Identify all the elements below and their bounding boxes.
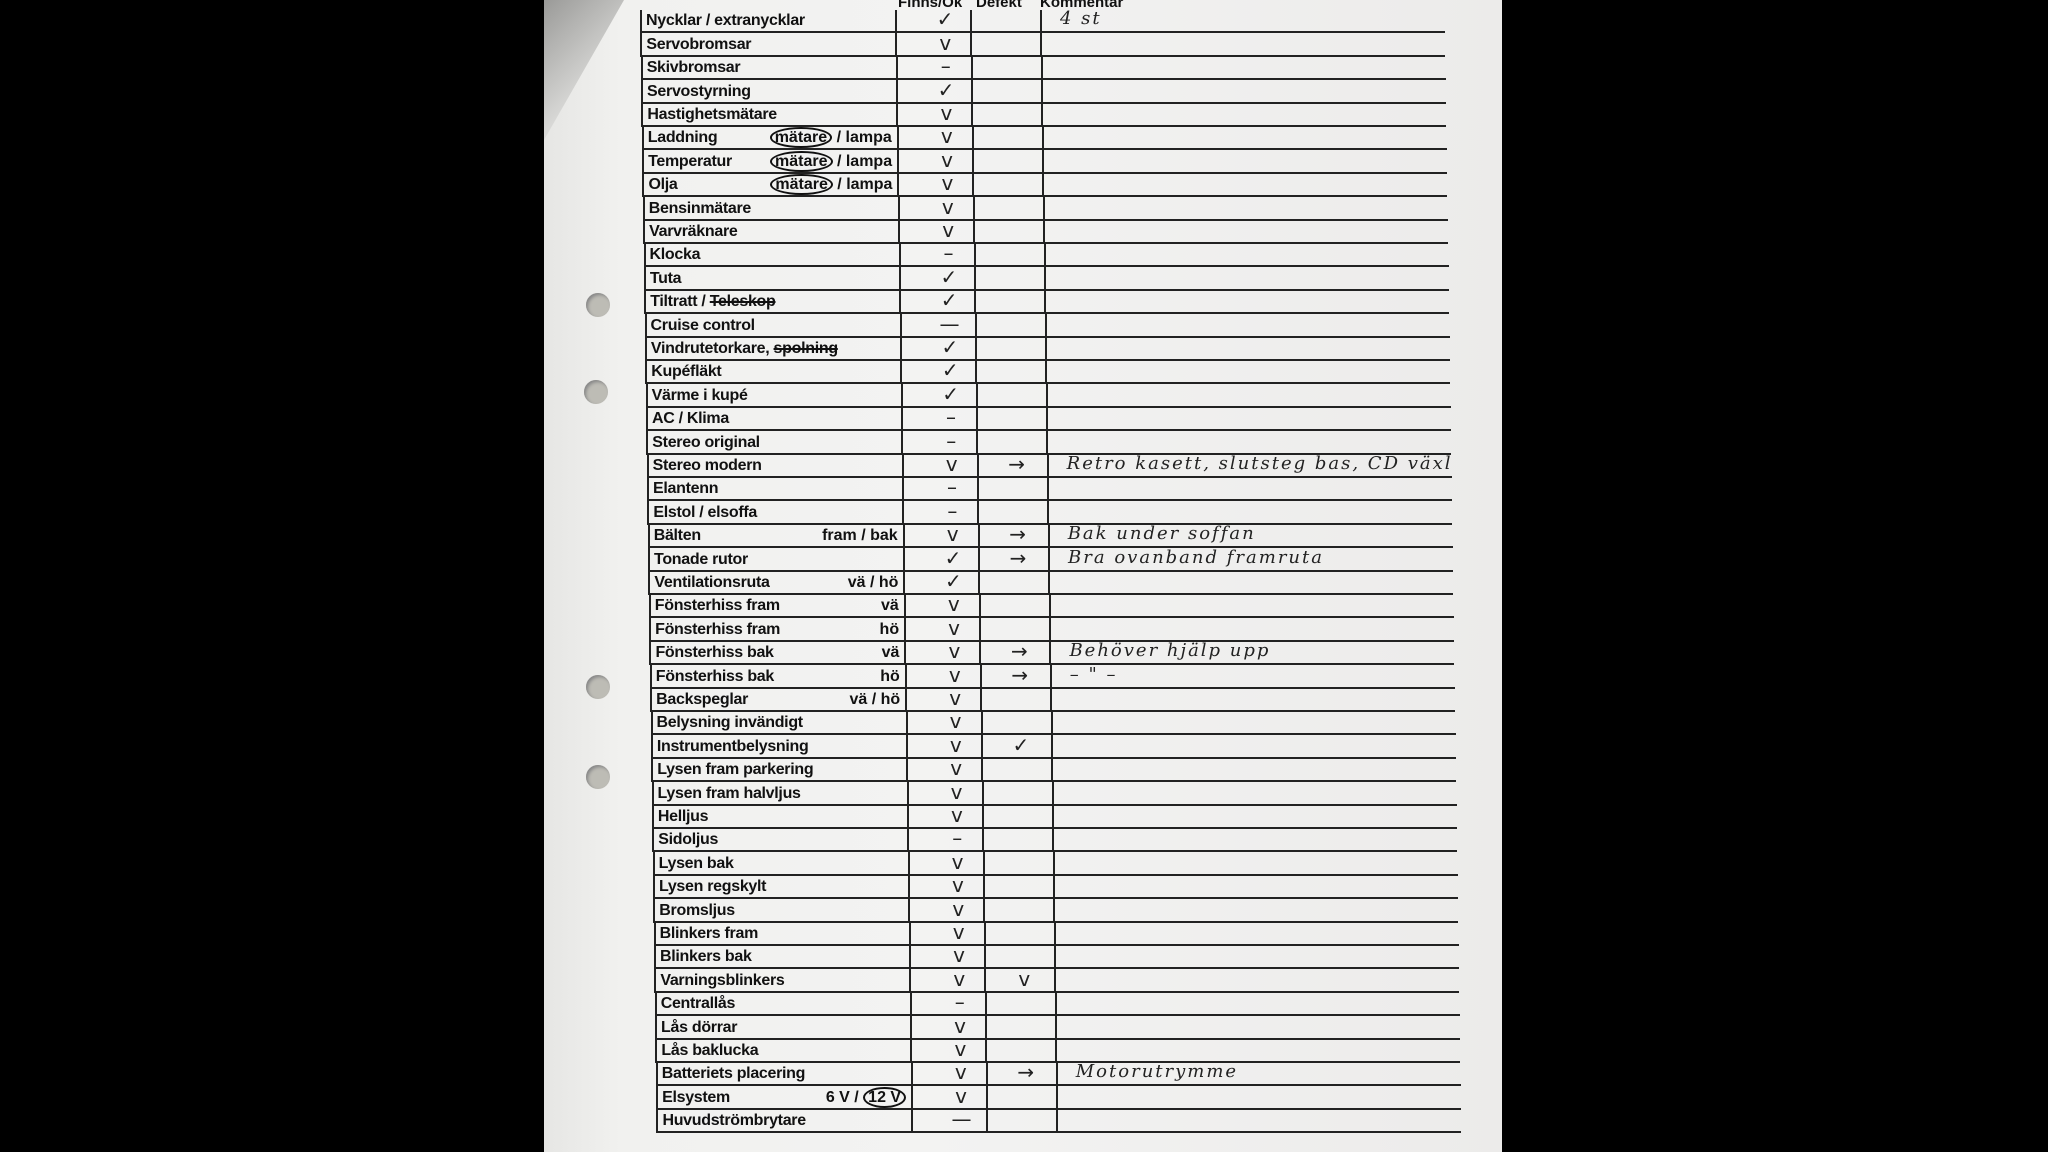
cell-border xyxy=(641,104,643,125)
cell-border xyxy=(1041,80,1043,101)
cell-border xyxy=(1050,689,1052,710)
item-option: vä / hö xyxy=(849,691,900,709)
cell-border xyxy=(642,174,644,195)
table-row: Stereo original– xyxy=(646,431,1451,454)
cell-border xyxy=(982,806,984,827)
item-label: Backspeglar xyxy=(656,691,748,709)
item-label: Lysen bak xyxy=(659,855,734,873)
ok-mark: ✓ xyxy=(921,78,971,102)
table-row: Helljusv xyxy=(652,806,1457,829)
cell-border xyxy=(897,150,899,171)
cell-border xyxy=(1047,501,1049,522)
item-label: Fönsterhiss fram xyxy=(655,597,780,615)
ok-mark: ✓ xyxy=(925,358,975,382)
defekt-mark: → xyxy=(988,546,1048,570)
cell-border xyxy=(906,735,908,756)
ok-mark: v xyxy=(933,897,983,921)
item-label: Ventilationsruta xyxy=(654,574,769,592)
cell-border xyxy=(1053,899,1055,920)
cell-border xyxy=(901,408,903,429)
cell-border xyxy=(896,104,898,125)
cell-border xyxy=(899,267,901,288)
table-row: Backspeglarvä / höv xyxy=(650,689,1455,712)
ok-mark: v xyxy=(922,148,972,172)
cell-border xyxy=(1044,267,1046,288)
table-row: Instrumentbelysningv✓ xyxy=(651,735,1456,758)
cell-border xyxy=(645,361,647,382)
cell-border xyxy=(642,127,644,148)
item-option: fram / bak xyxy=(822,527,898,545)
cell-border xyxy=(977,455,979,476)
cell-border xyxy=(1050,665,1052,686)
ok-mark: v xyxy=(933,850,983,874)
defekt-mark: → xyxy=(989,639,1049,663)
table-row: Elantenn– xyxy=(647,478,1452,501)
cell-border xyxy=(970,10,972,31)
cell-border xyxy=(907,806,909,827)
item-label: Elsystem xyxy=(662,1089,730,1107)
cell-border xyxy=(970,33,972,54)
punch-hole xyxy=(584,380,608,404)
cell-border xyxy=(984,969,986,990)
cell-border xyxy=(641,80,643,101)
cell-border xyxy=(901,431,903,452)
cell-border xyxy=(1045,361,1047,382)
cell-border xyxy=(643,197,645,218)
cell-border xyxy=(643,221,645,242)
item-option: mätare / lampa xyxy=(770,176,892,194)
table-row: Huvudströmbrytare— xyxy=(656,1110,1461,1133)
cell-border xyxy=(1053,852,1055,873)
cell-border xyxy=(978,572,980,593)
item-label: Lås baklucka xyxy=(661,1042,758,1060)
cell-border xyxy=(648,548,650,569)
cell-border xyxy=(652,782,654,803)
table-row: Laddningmätare / lampav xyxy=(642,127,1447,150)
cell-border xyxy=(906,712,908,733)
item-label: Elantenn xyxy=(653,480,718,498)
cell-border xyxy=(898,197,900,218)
cell-border xyxy=(1049,595,1051,616)
cell-border xyxy=(653,876,655,897)
ok-mark: v xyxy=(935,1014,985,1038)
cell-border xyxy=(984,946,986,967)
item-label: Servostyrning xyxy=(647,83,751,101)
item-label: Klocka xyxy=(650,246,701,264)
table-row: Servobromsarv xyxy=(640,33,1445,56)
cell-border xyxy=(1043,197,1045,218)
cell-border xyxy=(640,10,642,31)
cell-border xyxy=(1054,923,1056,944)
item-label: Värme i kupé xyxy=(652,387,748,405)
item-label: Fönsterhiss fram xyxy=(655,621,780,639)
ok-mark: v xyxy=(930,663,980,687)
cell-border xyxy=(904,618,906,639)
cell-border xyxy=(972,127,974,148)
cell-border xyxy=(1055,993,1057,1014)
item-option: vä xyxy=(882,644,900,662)
cell-border xyxy=(985,1040,987,1061)
cell-border xyxy=(653,899,655,920)
cell-border xyxy=(1055,1016,1057,1037)
cell-border xyxy=(650,665,652,686)
ok-mark: v xyxy=(927,452,977,476)
table-row: Tuta✓ xyxy=(644,267,1449,290)
ok-mark: – xyxy=(927,499,977,523)
item-label: Sidoljus xyxy=(658,831,718,849)
cell-border xyxy=(644,244,646,265)
comment-text: Bra ovanband framruta xyxy=(1068,547,1324,568)
cell-border xyxy=(656,1086,658,1107)
item-label: Batteriets placering xyxy=(662,1065,805,1083)
cell-border xyxy=(644,291,646,312)
table-row: Lås bakluckav xyxy=(655,1040,1460,1063)
cell-border xyxy=(900,314,902,335)
cell-border xyxy=(980,689,982,710)
ok-mark: v xyxy=(934,920,984,944)
item-label: Temperatur xyxy=(648,153,732,171)
table-row: Värme i kupé✓ xyxy=(646,384,1451,407)
item-label: Vindrutetorkare, spolning xyxy=(651,340,838,358)
cell-border xyxy=(911,1063,913,1084)
table-row: Klocka– xyxy=(644,244,1449,267)
item-label: Bälten xyxy=(654,527,701,545)
cell-border xyxy=(1049,618,1051,639)
item-label: Lysen regskylt xyxy=(659,878,766,896)
cell-border xyxy=(645,338,647,359)
table-row: Fönsterhiss bakhöv→– " – xyxy=(650,665,1455,688)
defekt-mark: → xyxy=(990,663,1050,687)
cell-border xyxy=(1051,759,1053,780)
cell-border xyxy=(655,1040,657,1061)
cell-border xyxy=(651,759,653,780)
header-defekt: Defekt xyxy=(976,0,1022,10)
ok-mark: – xyxy=(926,429,976,453)
cell-border xyxy=(896,57,898,78)
cell-border xyxy=(903,548,905,569)
cell-border xyxy=(974,244,976,265)
table-row: Bältenfram / bakv→Bak under soffan xyxy=(648,525,1453,548)
cell-border xyxy=(976,431,978,452)
cell-border xyxy=(899,291,901,312)
table-row: Lås dörrarv xyxy=(655,1016,1460,1039)
ok-mark: v xyxy=(929,639,979,663)
cell-border xyxy=(976,408,978,429)
cell-border xyxy=(909,946,911,967)
table-row: Centrallås– xyxy=(655,993,1460,1016)
cell-border xyxy=(646,384,648,405)
cell-border xyxy=(1047,478,1049,499)
table-row: Elstol / elsoffa– xyxy=(647,501,1452,524)
cell-border xyxy=(655,993,657,1014)
cell-border xyxy=(651,735,653,756)
cell-border xyxy=(656,1063,658,1084)
cell-border xyxy=(904,595,906,616)
item-option: hö xyxy=(880,668,900,686)
table-row: Bensinmätarev xyxy=(643,197,1448,220)
ok-mark: v xyxy=(931,709,981,733)
table-row: Oljamätare / lampav xyxy=(642,174,1447,197)
cell-border xyxy=(1046,384,1048,405)
cell-border xyxy=(982,782,984,803)
ok-mark: — xyxy=(936,1107,986,1131)
item-label: Varvräknare xyxy=(649,223,737,241)
cell-border xyxy=(640,33,642,54)
cell-border xyxy=(909,969,911,990)
cell-border xyxy=(648,525,650,546)
item-label: Tuta xyxy=(650,270,681,288)
item-label: Skivbromsar xyxy=(647,59,741,77)
item-label: Tiltratt / Teleskop xyxy=(650,293,775,311)
cell-border xyxy=(1051,712,1053,733)
cell-border xyxy=(1056,1110,1058,1131)
defekt-mark: → xyxy=(988,522,1048,546)
ok-mark: v xyxy=(928,522,978,546)
item-label: Servobromsar xyxy=(646,36,751,54)
item-label: Helljus xyxy=(658,808,708,826)
cell-border xyxy=(1042,150,1044,171)
cell-border xyxy=(1041,104,1043,125)
item-label: Nycklar / extranycklar xyxy=(646,12,805,30)
cell-border xyxy=(1046,431,1048,452)
item-option: 6 V / 12 V xyxy=(826,1089,906,1107)
cell-border xyxy=(908,852,910,873)
defekt-mark: ✓ xyxy=(991,733,1051,757)
cell-border xyxy=(977,478,979,499)
cell-border xyxy=(973,221,975,242)
ok-mark: v xyxy=(933,873,983,897)
table-row: Stereo modernv→Retro kasett, slutsteg ba… xyxy=(647,455,1452,478)
cell-border xyxy=(905,689,907,710)
cell-border xyxy=(985,993,987,1014)
cell-border xyxy=(897,127,899,148)
cell-border xyxy=(974,267,976,288)
cell-border xyxy=(902,501,904,522)
item-option: mätare / lampa xyxy=(770,129,892,147)
cell-border xyxy=(986,1086,988,1107)
table-row: Belysning invändigtv xyxy=(651,712,1456,735)
cell-border xyxy=(641,57,643,78)
cell-border xyxy=(899,244,901,265)
item-option: vä xyxy=(881,597,899,615)
ok-mark: v xyxy=(923,218,973,242)
table-row: Elsystem6 V / 12 Vv xyxy=(656,1086,1461,1109)
cell-border xyxy=(1053,876,1055,897)
ok-mark: v xyxy=(935,1037,985,1061)
cell-border xyxy=(1048,572,1050,593)
cell-border xyxy=(985,1016,987,1037)
defekt-mark: → xyxy=(996,1060,1056,1084)
comment-text: Bak under soffan xyxy=(1068,523,1256,544)
cell-border xyxy=(1051,735,1053,756)
ok-mark: v xyxy=(930,686,980,710)
ok-mark: – xyxy=(924,241,974,265)
cell-border xyxy=(656,1110,658,1131)
ok-mark: ✓ xyxy=(920,7,970,31)
ok-mark: v xyxy=(934,967,984,991)
cell-border xyxy=(983,852,985,873)
item-label: Tonade rutor xyxy=(654,551,748,569)
table-row: Lysen bakv xyxy=(653,852,1458,875)
cell-border xyxy=(1056,1063,1058,1084)
cell-border xyxy=(903,572,905,593)
cell-border xyxy=(1045,314,1047,335)
ok-mark: v xyxy=(922,171,972,195)
cell-border xyxy=(651,712,653,733)
item-label: Instrumentbelysning xyxy=(657,738,809,756)
cell-border xyxy=(971,80,973,101)
item-label: Cruise control xyxy=(651,317,755,335)
cell-border xyxy=(984,923,986,944)
ok-mark: v xyxy=(931,733,981,757)
table-row: Fönsterhiss framväv xyxy=(649,595,1454,618)
cell-border xyxy=(898,221,900,242)
cell-border xyxy=(974,291,976,312)
cell-border xyxy=(1044,244,1046,265)
cell-border xyxy=(905,665,907,686)
cell-border xyxy=(973,197,975,218)
ok-mark: — xyxy=(925,312,975,336)
cell-border xyxy=(654,969,656,990)
cell-border xyxy=(978,525,980,546)
ok-mark: ✓ xyxy=(924,288,974,312)
item-label: Laddning xyxy=(648,129,718,147)
cell-border xyxy=(647,478,649,499)
cell-border xyxy=(983,899,985,920)
cell-border xyxy=(902,478,904,499)
table-row: Lysen fram parkeringv xyxy=(651,759,1456,782)
cell-border xyxy=(900,361,902,382)
cell-border xyxy=(649,595,651,616)
cell-border xyxy=(1048,548,1050,569)
item-label: Hastighetsmätare xyxy=(647,106,776,124)
item-label: Huvudströmbrytare xyxy=(662,1112,805,1130)
cell-border xyxy=(903,525,905,546)
cell-border xyxy=(979,595,981,616)
item-label: Centrallås xyxy=(661,995,735,1013)
cell-border xyxy=(647,501,649,522)
cell-border xyxy=(907,782,909,803)
item-label: Varningsblinkers xyxy=(660,972,784,990)
table-row: Vindrutetorkare, spolning✓ xyxy=(645,338,1450,361)
table-row: Blinkers framv xyxy=(654,923,1459,946)
defekt-mark: → xyxy=(987,452,1047,476)
ok-mark: ✓ xyxy=(924,265,974,289)
ok-mark: ✓ xyxy=(928,569,978,593)
item-option: mätare / lampa xyxy=(770,153,892,171)
ok-mark: ✓ xyxy=(925,335,975,359)
cell-border xyxy=(1041,57,1043,78)
cell-border xyxy=(971,104,973,125)
cell-border xyxy=(901,384,903,405)
cell-border xyxy=(977,501,979,522)
table-row: Ventilationsrutavä / hö✓ xyxy=(648,572,1453,595)
item-label: Kupéfläkt xyxy=(651,363,721,381)
table-row: Bromsljusv xyxy=(653,899,1458,922)
cell-border xyxy=(653,852,655,873)
item-label: Lysen fram parkering xyxy=(657,761,813,779)
cell-border xyxy=(980,665,982,686)
cell-border xyxy=(648,572,650,593)
cell-border xyxy=(910,993,912,1014)
table-row: Sidoljus– xyxy=(652,829,1457,852)
ok-mark: ✓ xyxy=(928,546,978,570)
ok-mark: – xyxy=(921,54,971,78)
table-row: Cruise control— xyxy=(645,314,1450,337)
ok-mark: – xyxy=(927,475,977,499)
cell-border xyxy=(1045,338,1047,359)
cell-border xyxy=(978,548,980,569)
cell-border xyxy=(1052,782,1054,803)
cell-border xyxy=(908,899,910,920)
cell-border xyxy=(1042,174,1044,195)
item-label: Belysning invändigt xyxy=(657,714,803,732)
cell-border xyxy=(911,1086,913,1107)
item-label: Fönsterhiss bak xyxy=(656,668,774,686)
item-label: Lås dörrar xyxy=(661,1019,737,1037)
cell-border xyxy=(1056,1086,1058,1107)
cell-border xyxy=(909,923,911,944)
cell-border xyxy=(907,829,909,850)
punch-hole xyxy=(586,293,610,317)
comment-text: Retro kasett, slutsteg bas, CD växl xyxy=(1067,453,1453,474)
ok-mark: v xyxy=(934,943,984,967)
cell-border xyxy=(975,314,977,335)
table-row: Batteriets placeringv→Motorutrymme xyxy=(656,1063,1461,1086)
cell-border xyxy=(1043,221,1045,242)
ok-mark: v xyxy=(936,1060,986,1084)
comment-text: 4 st xyxy=(1060,8,1102,29)
cell-border xyxy=(896,80,898,101)
ok-mark: v xyxy=(923,195,973,219)
cell-border xyxy=(1054,946,1056,967)
cell-border xyxy=(910,1016,912,1037)
cell-border xyxy=(649,618,651,639)
cell-border xyxy=(647,455,649,476)
cell-border xyxy=(1055,1040,1057,1061)
table-row: Tonade rutor✓→Bra ovanband framruta xyxy=(648,548,1453,571)
ok-mark: – xyxy=(935,990,985,1014)
cell-border xyxy=(1044,291,1046,312)
cell-border xyxy=(1042,127,1044,148)
cell-border xyxy=(908,876,910,897)
ok-mark: v xyxy=(929,616,979,640)
table-row: Kupéfläkt✓ xyxy=(645,361,1450,384)
table-row: Varvräknarev xyxy=(643,221,1448,244)
cell-border xyxy=(644,267,646,288)
item-label: Fönsterhiss bak xyxy=(655,644,773,662)
cell-border xyxy=(654,946,656,967)
cell-border xyxy=(652,806,654,827)
cell-border xyxy=(1047,455,1049,476)
item-option: hö xyxy=(880,621,900,639)
item-label: AC / Klima xyxy=(652,410,729,428)
table-row: Varningsblinkersvv xyxy=(654,969,1459,992)
table-row: Fönsterhiss bakväv→Behöver hjälp upp xyxy=(649,642,1454,665)
cell-border xyxy=(975,338,977,359)
cell-border xyxy=(982,829,984,850)
ok-mark: – xyxy=(926,405,976,429)
item-label: Lysen fram halvljus xyxy=(658,785,801,803)
item-label: Bromsljus xyxy=(659,902,735,920)
cell-border xyxy=(900,338,902,359)
cell-border xyxy=(975,361,977,382)
cell-border xyxy=(906,759,908,780)
cell-border xyxy=(979,618,981,639)
cell-border xyxy=(895,33,897,54)
ok-mark: v xyxy=(932,803,982,827)
item-label: Bensinmätare xyxy=(649,200,751,218)
